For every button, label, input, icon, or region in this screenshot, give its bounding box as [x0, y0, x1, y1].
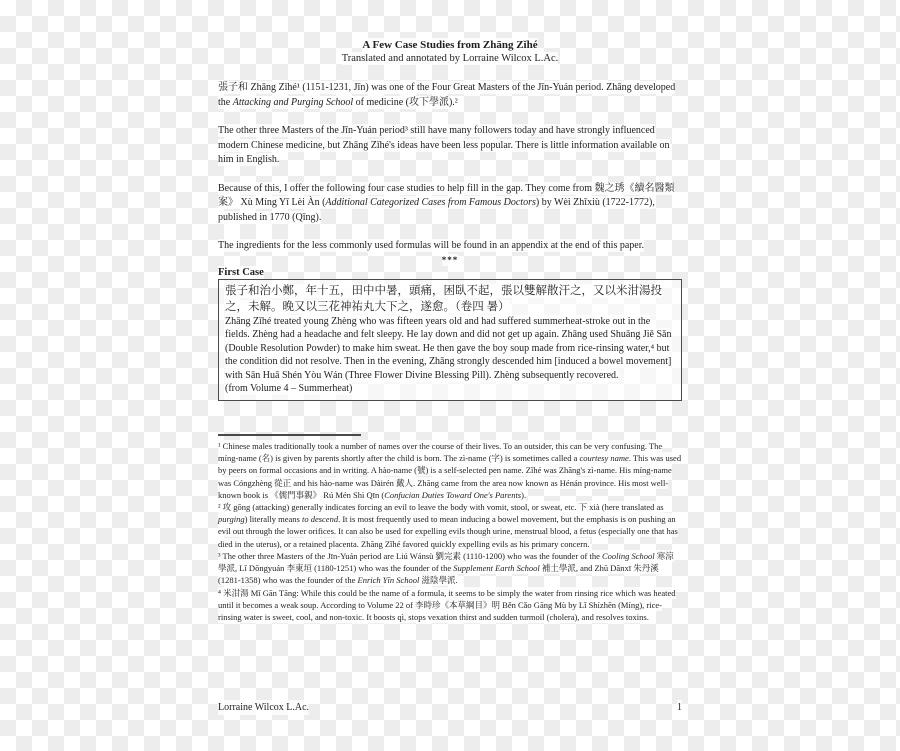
footnote-2-text: ² 攻 gōng (attacking) generally indicates… [218, 501, 678, 550]
footnote-3: ³ The other three Masters of the Jīn-Yuá… [218, 550, 682, 587]
footnote-4: ⁴ 米泔湯 Mǐ Gān Tāng: While this could be t… [218, 587, 682, 624]
appendix-note-paragraph: The ingredients for the less commonly us… [218, 239, 682, 254]
page-footer: Lorraine Wilcox L.Ac. 1 [218, 700, 682, 715]
source-book-paragraph: Because of this, I offer the following f… [218, 182, 682, 226]
document-subtitle: Translated and annotated by Lorraine Wil… [218, 52, 682, 66]
source-book-paragraph-text: Because of this, I offer the following f… [218, 182, 674, 224]
other-masters-paragraph-text: The other three Masters of the Jīn-Yuán … [218, 124, 670, 166]
footnotes-section: ¹ Chinese males traditionally took a num… [218, 440, 682, 623]
appendix-note-paragraph-text: The ingredients for the less commonly us… [218, 239, 644, 252]
footnote-1: ¹ Chinese males traditionally took a num… [218, 440, 682, 501]
first-case-heading: First Case [218, 266, 682, 279]
first-case-translation: Zhāng Zǐhé treated young Zhèng who was f… [225, 315, 675, 383]
other-masters-paragraph: The other three Masters of the Jīn-Yuán … [218, 124, 682, 168]
section-divider-stars-text: *** [442, 254, 459, 266]
first-case-translation-text: Zhāng Zǐhé treated young Zhèng who was f… [225, 315, 671, 382]
section-divider-stars: *** [218, 254, 682, 266]
first-case-box: 張子和治小鄭，年十五，田中中暑，頭痛，困臥不起，張以雙解散汗之，又以米泔湯投之，… [218, 279, 682, 402]
intro-paragraph-text: 張子和 Zhāng Zǐhé¹ (1151-1231, Jīn) was one… [218, 81, 675, 109]
footnote-3-text: ³ The other three Masters of the Jīn-Yuá… [218, 550, 674, 586]
footnote-1-text: ¹ Chinese males traditionally took a num… [218, 440, 681, 501]
first-case-heading-text: First Case [218, 266, 264, 279]
footnote-2: ² 攻 gōng (attacking) generally indicates… [218, 501, 682, 550]
first-case-source-text: (from Volume 4 – Summerheat) [225, 382, 352, 395]
intro-paragraph: 張子和 Zhāng Zǐhé¹ (1151-1231, Jīn) was one… [218, 81, 682, 110]
transparent-png-canvas: { "colors": { "text": "#1f1f1f", "box_bo… [0, 0, 900, 751]
footnote-separator-rule [218, 434, 361, 436]
footer-page-number: 1 [677, 700, 682, 715]
document-title: A Few Case Studies from Zhāng Zǐhé [218, 38, 682, 52]
document-subtitle-text: Translated and annotated by Lorraine Wil… [342, 52, 559, 65]
first-case-chinese-text: 張子和治小鄭，年十五，田中中暑，頭痛，困臥不起，張以雙解散汗之，又以米泔湯投之，… [225, 284, 662, 314]
document-page: A Few Case Studies from Zhāng Zǐhé Trans… [218, 38, 682, 623]
footnote-4-text: ⁴ 米泔湯 Mǐ Gān Tāng: While this could be t… [218, 587, 676, 623]
first-case-source: (from Volume 4 – Summerheat) [225, 382, 675, 396]
document-title-text: A Few Case Studies from Zhāng Zǐhé [362, 38, 537, 52]
first-case-chinese: 張子和治小鄭，年十五，田中中暑，頭痛，困臥不起，張以雙解散汗之，又以米泔湯投之，… [225, 283, 675, 315]
footer-author: Lorraine Wilcox L.Ac. [218, 700, 309, 715]
